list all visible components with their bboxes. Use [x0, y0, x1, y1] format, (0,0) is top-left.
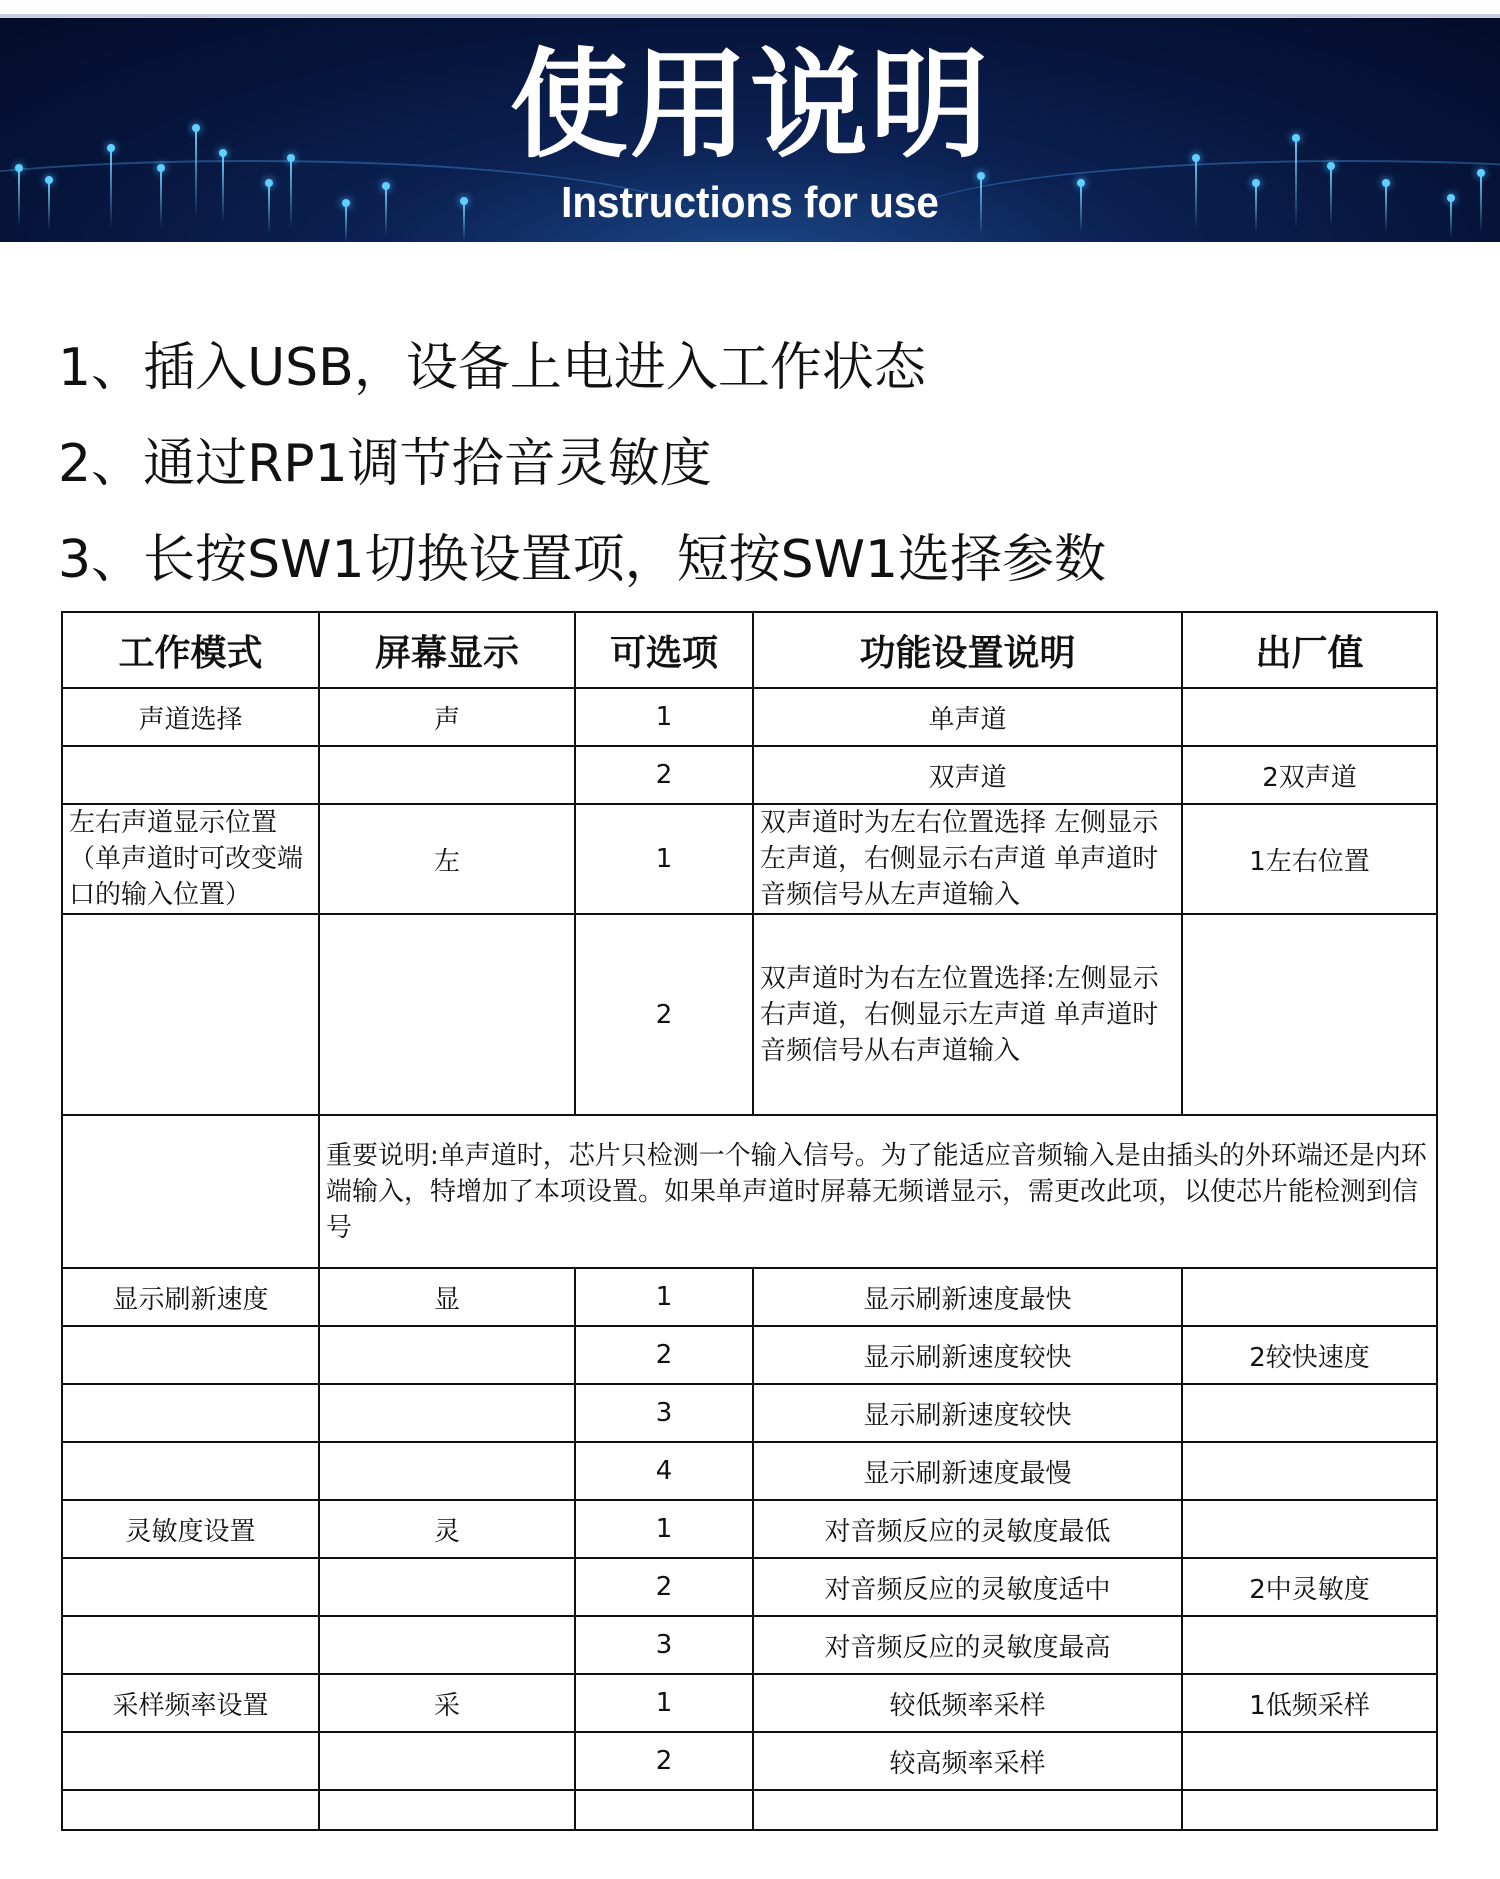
cell-display — [319, 1616, 575, 1674]
table-row: 2 对音频反应的灵敏度适中 2中灵敏度 — [62, 1558, 1437, 1616]
table-row: 显示刷新速度 显 1 显示刷新速度最快 — [62, 1268, 1437, 1326]
cell-description: 双声道时为左右位置选择 左侧显示左声道，右侧显示右声道 单声道时音频信号从左声道… — [753, 804, 1182, 914]
cell-default — [1182, 1268, 1437, 1326]
cell-mode — [62, 1384, 319, 1442]
cell-display: 显 — [319, 1268, 575, 1326]
cell-display: 左 — [319, 804, 575, 914]
cell-option: 2 — [575, 914, 753, 1115]
cell-description — [753, 1790, 1182, 1830]
cell-default: 2中灵敏度 — [1182, 1558, 1437, 1616]
step-2: 2、通过RP1调节拾音灵敏度 — [58, 416, 1106, 512]
cell-default — [1182, 688, 1437, 746]
table-row: 2 双声道 2双声道 — [62, 746, 1437, 804]
cell-default — [1182, 1616, 1437, 1674]
cell-display: 灵 — [319, 1500, 575, 1558]
cell-display: 声 — [319, 688, 575, 746]
light-dot-icon — [48, 180, 50, 230]
cell-default: 2较快速度 — [1182, 1326, 1437, 1384]
cell-mode: 声道选择 — [62, 688, 319, 746]
cell-display — [319, 1558, 575, 1616]
cell-mode — [62, 1442, 319, 1500]
cell-default — [1182, 1442, 1437, 1500]
cell-option: 3 — [575, 1616, 753, 1674]
cell-default — [1182, 1732, 1437, 1790]
page-subtitle: Instructions for use — [60, 178, 1440, 228]
cell-description: 单声道 — [753, 688, 1182, 746]
cell-option: 2 — [575, 1558, 753, 1616]
table-row: 2 显示刷新速度较快 2较快速度 — [62, 1326, 1437, 1384]
cell-default — [1182, 1790, 1437, 1830]
table-row: 3 显示刷新速度较快 — [62, 1384, 1437, 1442]
cell-description: 显示刷新速度较快 — [753, 1384, 1182, 1442]
cell-default — [1182, 914, 1437, 1115]
cell-mode — [62, 1558, 319, 1616]
cell-mode: 左右声道显示位置（单声道时可改变端口的输入位置） — [62, 804, 319, 914]
cell-mode: 灵敏度设置 — [62, 1500, 319, 1558]
light-dot-icon — [1480, 173, 1482, 233]
cell-description: 显示刷新速度最慢 — [753, 1442, 1182, 1500]
instruction-steps: 1、插入USB，设备上电进入工作状态 2、通过RP1调节拾音灵敏度 3、长按SW… — [58, 320, 1106, 608]
header-mode: 工作模式 — [62, 612, 319, 688]
cell-mode — [62, 746, 319, 804]
cell-display: 采 — [319, 1674, 575, 1732]
cell-description: 对音频反应的灵敏度适中 — [753, 1558, 1182, 1616]
cell-option: 1 — [575, 1268, 753, 1326]
header-display: 屏幕显示 — [319, 612, 575, 688]
cell-option: 1 — [575, 1500, 753, 1558]
settings-table: 工作模式 屏幕显示 可选项 功能设置说明 出厂值 声道选择 声 1 单声道 2 … — [61, 611, 1438, 1831]
cell-mode — [62, 1326, 319, 1384]
cell-default — [1182, 1384, 1437, 1442]
table-row: 2 双声道时为右左位置选择:左侧显示右声道，右侧显示左声道 单声道时音频信号从右… — [62, 914, 1437, 1115]
cell-option: 3 — [575, 1384, 753, 1442]
cell-display — [319, 746, 575, 804]
cell-mode — [62, 914, 319, 1115]
cell-description: 显示刷新速度最快 — [753, 1268, 1182, 1326]
cell-option: 1 — [575, 804, 753, 914]
cell-description: 双声道 — [753, 746, 1182, 804]
cell-description: 较低频率采样 — [753, 1674, 1182, 1732]
cell-description: 双声道时为右左位置选择:左侧显示右声道，右侧显示左声道 单声道时音频信号从右声道… — [753, 914, 1182, 1115]
cell-option: 1 — [575, 688, 753, 746]
cell-option: 4 — [575, 1442, 753, 1500]
cell-mode — [62, 1115, 319, 1268]
cell-display — [319, 1732, 575, 1790]
table-header-row: 工作模式 屏幕显示 可选项 功能设置说明 出厂值 — [62, 612, 1437, 688]
cell-default: 2双声道 — [1182, 746, 1437, 804]
cell-mode — [62, 1616, 319, 1674]
cell-description: 显示刷新速度较快 — [753, 1326, 1182, 1384]
header-description: 功能设置说明 — [753, 612, 1182, 688]
cell-display — [319, 914, 575, 1115]
cell-option: 1 — [575, 1674, 753, 1732]
step-3: 3、长按SW1切换设置项，短按SW1选择参数 — [58, 512, 1106, 608]
table-row: 灵敏度设置 灵 1 对音频反应的灵敏度最低 — [62, 1500, 1437, 1558]
cell-display — [319, 1442, 575, 1500]
cell-mode: 显示刷新速度 — [62, 1268, 319, 1326]
cell-option: 2 — [575, 1326, 753, 1384]
header-option: 可选项 — [575, 612, 753, 688]
table-row: 3 对音频反应的灵敏度最高 — [62, 1616, 1437, 1674]
cell-option: 2 — [575, 746, 753, 804]
cell-display — [319, 1790, 575, 1830]
light-dot-icon — [1450, 198, 1452, 238]
table-row: 2 较高频率采样 — [62, 1732, 1437, 1790]
cell-description: 较高频率采样 — [753, 1732, 1182, 1790]
page-title: 使用说明 — [0, 40, 1500, 170]
table-row: 声道选择 声 1 单声道 — [62, 688, 1437, 746]
cell-default: 1左右位置 — [1182, 804, 1437, 914]
table-row-empty — [62, 1790, 1437, 1830]
table-row-note: 重要说明:单声道时，芯片只检测一个输入信号。为了能适应音频输入是由插头的外环端还… — [62, 1115, 1437, 1268]
table-row: 4 显示刷新速度最慢 — [62, 1442, 1437, 1500]
cell-description: 对音频反应的灵敏度最高 — [753, 1616, 1182, 1674]
cell-option — [575, 1790, 753, 1830]
cell-display — [319, 1326, 575, 1384]
cell-mode — [62, 1790, 319, 1830]
cell-mode — [62, 1732, 319, 1790]
table-row: 左右声道显示位置（单声道时可改变端口的输入位置） 左 1 双声道时为左右位置选择… — [62, 804, 1437, 914]
cell-default — [1182, 1500, 1437, 1558]
cell-description: 对音频反应的灵敏度最低 — [753, 1500, 1182, 1558]
cell-mode: 采样频率设置 — [62, 1674, 319, 1732]
important-note: 重要说明:单声道时，芯片只检测一个输入信号。为了能适应音频输入是由插头的外环端还… — [319, 1115, 1437, 1268]
cell-default: 1低频采样 — [1182, 1674, 1437, 1732]
header-default: 出厂值 — [1182, 612, 1437, 688]
table-row: 采样频率设置 采 1 较低频率采样 1低频采样 — [62, 1674, 1437, 1732]
cell-display — [319, 1384, 575, 1442]
cell-option: 2 — [575, 1732, 753, 1790]
light-dot-icon — [18, 168, 20, 228]
step-1: 1、插入USB，设备上电进入工作状态 — [58, 320, 1106, 416]
